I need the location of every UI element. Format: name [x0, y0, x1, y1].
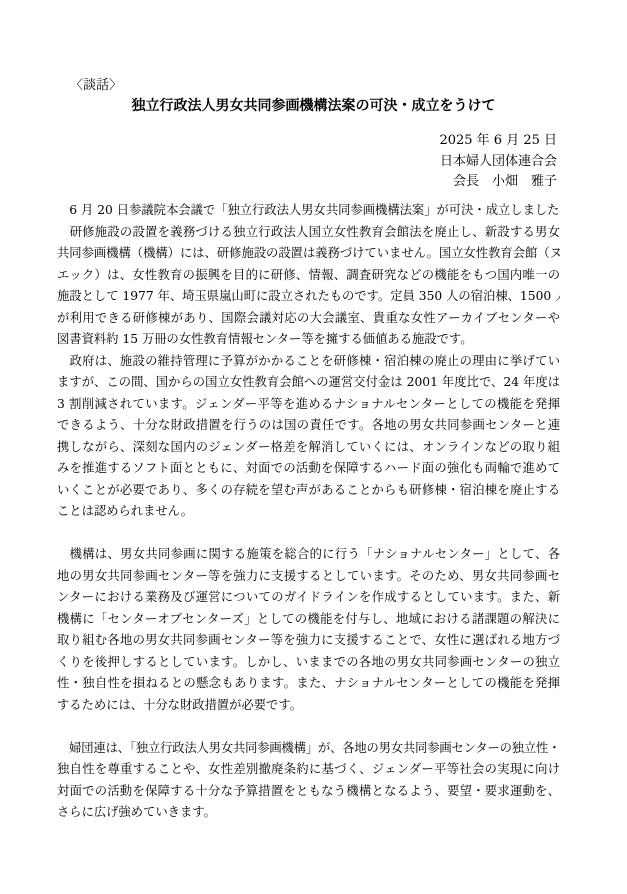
- body-line: 機構に「センターオブセンターズ」としての機能を付与し、地域における諸課題の解決に: [57, 609, 560, 631]
- statement-type-label: 〈談話〉: [70, 77, 122, 95]
- body-line: 図書資料約 15 万冊の女性教育情報センター等を擁する価値ある施設です。: [57, 329, 560, 351]
- body-line: 婦団連は、「独立行政法人男女共同参画機構」が、各地の男女共同参画センターの独立性…: [57, 738, 560, 760]
- body-line: 研修施設の設置を義務づける独立行政法人国立女性教育会館法を廃止し、新設する男女: [57, 222, 560, 244]
- document-meta: 2025 年 6 月 25 日 日本婦人団体連合会 会長 小畑 雅子: [439, 131, 557, 193]
- body-line: 地の男女共同参画センター等を強力に支援するとしています。そのため、男女共同参画セ: [57, 566, 560, 588]
- body-line: ンターにおける業務及び運営についてのガイドラインを作成するとしています。また、新: [57, 587, 560, 609]
- body-line: みを推進するソフト面とともに、対面での活動を保障するハード面の強化も両輪で進めて: [57, 458, 560, 480]
- document-title: 独立行政法人男女共同参画機構法案の可決・成立をうけて: [0, 96, 627, 116]
- body-line: くりを後押しするとしています。しかし、いままでの各地の男女共同参画センターの独立: [57, 652, 560, 674]
- body-line: エック）は、女性教育の振興を目的に研修、情報、調査研究などの機能をもつ国内唯一の: [57, 265, 560, 287]
- body-line: 取り組む各地の男女共同参画センター等を強力に支援することで、女性に選ばれる地方づ: [57, 630, 560, 652]
- document-body: 6 月 20 日参議院本会議で「独立行政法人男女共同参画機構法案」が可決・成立し…: [57, 200, 560, 824]
- document-page: 〈談話〉 独立行政法人男女共同参画機構法案の可決・成立をうけて 2025 年 6…: [0, 0, 627, 894]
- body-line: 対面での活動を保障する十分な予算措置をともなう機構となるよう、要望・要求運動を、: [57, 781, 560, 803]
- body-line: ますが、この間、国からの国立女性教育会館への運営交付金は 2001 年度比で、2…: [57, 372, 560, 394]
- body-line: 6 月 20 日参議院本会議で「独立行政法人男女共同参画機構法案」が可決・成立し…: [57, 200, 560, 222]
- paragraph: 政府は、施設の維持管理に予算がかかることを研修棟・宿泊棟の廃止の理由に挙げてい …: [57, 351, 560, 523]
- signatory-name: 会長 小畑 雅子: [439, 172, 557, 193]
- body-line: 機構は、男女共同参画に関する施策を総合的に行う「ナショナルセンター」として、各: [57, 544, 560, 566]
- body-line: 政府は、施設の維持管理に予算がかかることを研修棟・宿泊棟の廃止の理由に挙げてい: [57, 351, 560, 373]
- body-line: 共同参画機構（機構）には、研修施設の設置は義務づけていません。国立女性教育会館（…: [57, 243, 560, 265]
- body-line: 携しながら、深刻な国内のジェンダー格差を解消していくには、オンラインなどの取り組: [57, 437, 560, 459]
- document-date: 2025 年 6 月 25 日: [439, 131, 557, 152]
- body-line: 独自性を尊重することや、女性差別撤廃条約に基づく、ジェンダー平等社会の実現に向け: [57, 759, 560, 781]
- paragraph: 研修施設の設置を義務づける独立行政法人国立女性教育会館法を廃止し、新設する男女 …: [57, 222, 560, 351]
- body-line: 3 割削減されています。ジェンダー平等を進めるナショナルセンターとしての機能を発…: [57, 394, 560, 416]
- body-line: いくことが必要であり、多くの存続を望む声があることからも研修棟・宿泊棟を廃止する: [57, 480, 560, 502]
- paragraph: 婦団連は、「独立行政法人男女共同参画機構」が、各地の男女共同参画センターの独立性…: [57, 738, 560, 824]
- paragraph: 6 月 20 日参議院本会議で「独立行政法人男女共同参画機構法案」が可決・成立し…: [57, 200, 560, 222]
- paragraph: 機構は、男女共同参画に関する施策を総合的に行う「ナショナルセンター」として、各 …: [57, 544, 560, 716]
- body-line: 性・独自性を損ねるとの懸念もあります。また、ナショナルセンターとしての機能を発揮: [57, 673, 560, 695]
- body-line: さらに広げ強めていきます。: [57, 802, 560, 824]
- organization-name: 日本婦人団体連合会: [439, 152, 557, 173]
- body-line: 施設として 1977 年、埼玉県嵐山町に設立されたものです。定員 350 人の宿…: [57, 286, 560, 308]
- body-line: が利用できる研修棟があり、国際会議対応の大会議室、貴重な女性アーカイブセンターや: [57, 308, 560, 330]
- body-line: するためには、十分な財政措置が必要です。: [57, 695, 560, 717]
- body-line: ことは認められません。: [57, 501, 560, 523]
- body-line: できるよう、十分な財政措置を行うのは国の責任です。各地の男女共同参画センターと連: [57, 415, 560, 437]
